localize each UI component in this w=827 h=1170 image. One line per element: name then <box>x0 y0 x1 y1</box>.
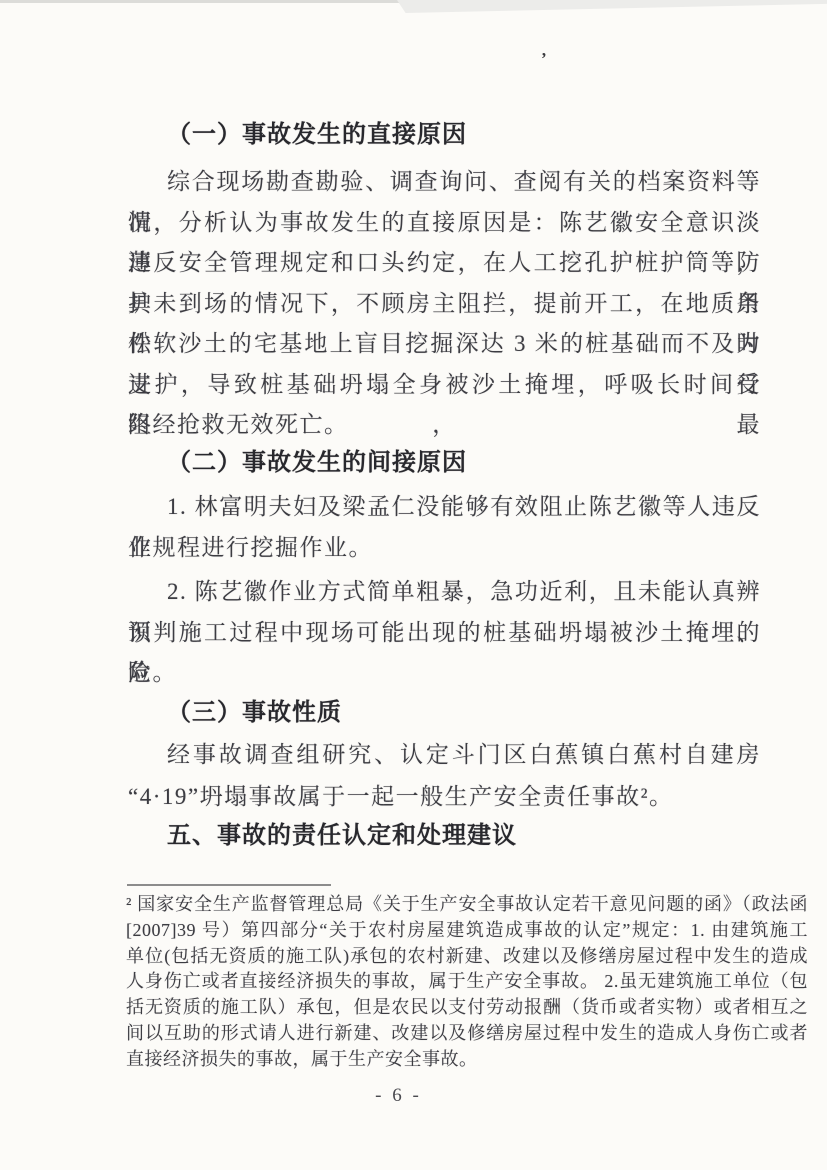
footnote-line: [2007]39 号）第四部分“关于农村房屋建筑造成事故的认定”规定：1. 由建… <box>126 918 808 944</box>
footnote-line: 括无资质的施工队）承包，但是农民以支付劳动报酬（货币或者实物）或者相互之 <box>126 995 808 1021</box>
scan-edge-wedge <box>397 0 827 13</box>
footnote-divider <box>127 884 331 886</box>
paragraph-indirect-item2: 2. 陈艺徽作业方式简单粗暴，急功近利，且未能认真辨识、 预判施工过程中现场可能… <box>128 572 761 694</box>
paragraph-indirect-item1: 1. 林富明夫妇及梁孟仁没能够有效阻止陈艺徽等人违反作 业规程进行挖掘作业。 <box>128 486 761 568</box>
page-number: - 6 - <box>0 1085 797 1107</box>
text-line: 险。 <box>128 653 761 694</box>
ink-speck-artifact: ’ <box>541 49 547 69</box>
footnote-line: 直接经济损失的事故，属于生产安全事故。 <box>126 1047 808 1073</box>
text-line: 况，分析认为事故发生的直接原因是：陈艺徽安全意识淡薄， <box>128 203 761 244</box>
text-line: 经事故调查组研究、认定斗门区白蕉镇白蕉村自建房 <box>128 734 761 776</box>
heading-direct-cause: （一）事故发生的直接原因 <box>167 120 467 150</box>
footnote-block: ² 国家安全生产监督管理总局《关于生产安全事故认定若干意见问题的函》（政法函 [… <box>126 892 808 1073</box>
text-line: 业规程进行挖掘作业。 <box>128 527 761 568</box>
heading-accident-nature: （三）事故性质 <box>167 698 342 728</box>
text-line: 松软沙土的宅基地上盲目挖掘深达 3 米的桩基础而不及时进行 <box>128 324 761 365</box>
heading-responsibility: 五、事故的责任认定和处理建议 <box>167 821 517 851</box>
paragraph-direct-cause: 综合现场勘查勘验、调查询问、查阅有关的档案资料等情 况，分析认为事故发生的直接原… <box>128 162 761 446</box>
text-line: “4·19”坍塌事故属于一起一般生产安全责任事故²。 <box>128 776 761 818</box>
document-page: ’ （一）事故发生的直接原因 综合现场勘查勘验、调查询问、查阅有关的档案资料等情… <box>0 0 827 1170</box>
text-line: 1. 林富明夫妇及梁孟仁没能够有效阻止陈艺徽等人违反作 <box>128 486 761 527</box>
footnote-line: 人身伤亡或者直接经济损失的事故，属于生产安全事故。 2.虽无建筑施工单位（包 <box>126 969 808 995</box>
heading-indirect-cause: （二）事故发生的间接原因 <box>167 448 467 478</box>
footnote-line: 单位(包括无资质的施工队)承包的农村新建、改建以及修缮房屋过程中发生的造成 <box>126 944 808 970</box>
text-line: 违反安全管理规定和口头约定，在人工挖孔护桩护筒等防护用 <box>128 243 761 284</box>
text-line: 支护，导致桩基础坍塌全身被沙土掩埋，呼吸长时间受阻，最 <box>128 365 761 406</box>
paragraph-accident-nature: 经事故调查组研究、认定斗门区白蕉镇白蕉村自建房 “4·19”坍塌事故属于一起一般… <box>128 734 761 818</box>
text-line: 2. 陈艺徽作业方式简单粗暴，急功近利，且未能认真辨识、 <box>128 572 761 613</box>
text-line: 综合现场勘查勘验、调查询问、查阅有关的档案资料等情 <box>128 162 761 203</box>
text-line: 预判施工过程中现场可能出现的桩基础坍塌被沙土掩埋的危 <box>128 613 761 654</box>
footnote-line: ² 国家安全生产监督管理总局《关于生产安全事故认定若干意见问题的函》（政法函 <box>126 892 808 918</box>
footnote-line: 间以互助的形式请人进行新建、改建以及修缮房屋过程中发生的造成人身伤亡或者 <box>126 1021 808 1047</box>
text-line: 具未到场的情况下，不顾房主阻拦，提前开工，在地质条件为 <box>128 284 761 325</box>
